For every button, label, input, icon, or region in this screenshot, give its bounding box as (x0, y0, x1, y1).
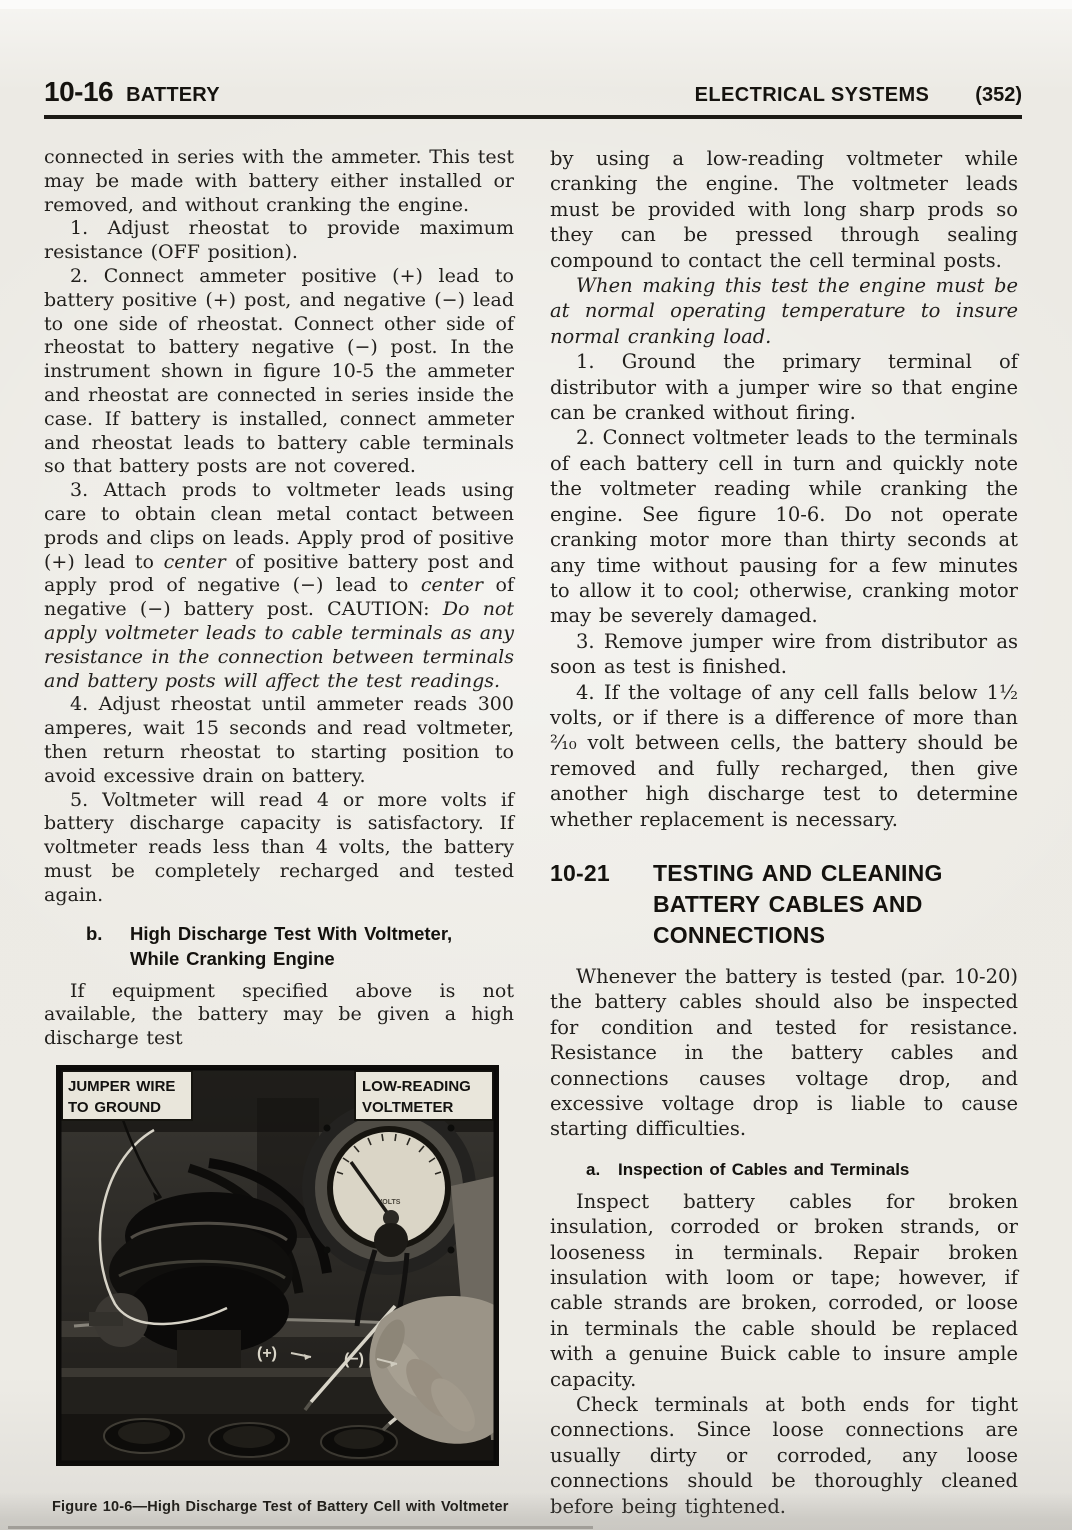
header-right: ELECTRICAL SYSTEMS (352) (695, 84, 1022, 107)
paragraph: 1. Adjust rheostat to provide maximum re… (44, 217, 514, 265)
text-run: 4. Adjust rheostat until ammeter reads 3… (44, 693, 514, 786)
text-run: center (421, 574, 483, 596)
paragraph: connected in series with the ammeter. Th… (44, 146, 514, 217)
text-run: center (164, 551, 226, 573)
sub-heading: b.High Discharge Test With Voltmeter,Whi… (86, 921, 514, 971)
section-number: 10-16 (44, 76, 113, 108)
section-heading: 10-21TESTING AND CLEANINGBATTERY CABLES … (550, 858, 1018, 951)
chapter-title: ELECTRICAL SYSTEMS (695, 84, 930, 107)
page-edge-bottom-line (8, 1526, 593, 1529)
left-column-text: connected in series with the ammeter. Th… (44, 146, 514, 1051)
right-column: by using a low-reading voltmeter while c… (550, 146, 1018, 1520)
jumper-wire-label: JUMPER WIRE TO GROUND (62, 1071, 192, 1120)
text-run: 2. Connect voltmeter leads to the termin… (550, 426, 1018, 627)
heading-text: Inspection of Cables and Terminals (618, 1159, 909, 1181)
heading-text: TESTING AND CLEANINGBATTERY CABLES ANDCO… (653, 858, 943, 951)
paragraph: 3. Attach prods to voltmeter leads using… (44, 479, 514, 693)
text-run: 5. Voltmeter will read 4 or more volts i… (44, 789, 514, 906)
text-run: 1. Adjust rheostat to provide maximum re… (44, 217, 514, 263)
jumper-label-line1: JUMPER WIRE (68, 1078, 175, 1095)
voltmeter-label-line1: LOW-READING (362, 1078, 471, 1095)
paragraph: 5. Voltmeter will read 4 or more volts i… (44, 789, 514, 908)
text-run: 3. Remove jumper wire from distributor a… (550, 630, 1018, 678)
text-run: 1. Ground the primary terminal of distri… (550, 350, 1018, 424)
text-run: 4. If the voltage of any cell falls belo… (550, 681, 1018, 831)
paragraph: 1. Ground the primary terminal of distri… (550, 349, 1018, 425)
paragraph: 4. Adjust rheostat until ammeter reads 3… (44, 693, 514, 788)
text-run: connected in series with the ammeter. Th… (44, 146, 514, 216)
paragraph: Inspect battery cables for broken insula… (550, 1189, 1018, 1392)
negative-label: (−) (344, 1351, 364, 1368)
text-run: 2. Connect ammeter positive (+) lead to … (44, 265, 514, 477)
paragraph: If equipment specified above is not avai… (44, 980, 514, 1051)
figure-10-6: VOLTS (56, 1065, 493, 1520)
heading-number: b. (86, 921, 130, 971)
sub-heading: a.Inspection of Cables and Terminals (586, 1159, 1018, 1181)
page-header: 10-16 BATTERY ELECTRICAL SYSTEMS (352) (44, 0, 1022, 108)
text-run: When making this test the engine must be… (550, 274, 1018, 348)
paragraph: 4. If the voltage of any cell falls belo… (550, 680, 1018, 832)
text-run: Whenever the battery is tested (par. 10-… (550, 965, 1018, 1140)
paragraph: 2. Connect voltmeter leads to the termin… (550, 425, 1018, 628)
paragraph: 3. Remove jumper wire from distributor a… (550, 629, 1018, 680)
positive-label: (+) (257, 1345, 277, 1362)
paragraph: by using a low-reading voltmeter while c… (550, 146, 1018, 273)
text-run: Inspect battery cables for broken insula… (550, 1190, 1018, 1391)
page-edge-bottom (0, 1492, 1072, 1530)
section-title: BATTERY (126, 84, 220, 107)
voltmeter-label-line2: VOLTMETER (362, 1099, 454, 1116)
paragraph: 2. Connect ammeter positive (+) lead to … (44, 265, 514, 479)
jumper-label-line2: TO GROUND (68, 1099, 161, 1116)
paragraph: When making this test the engine must be… (550, 273, 1018, 349)
text-columns: connected in series with the ammeter. Th… (44, 146, 1022, 1520)
heading-number: 10-21 (550, 858, 653, 951)
header-left: 10-16 BATTERY (44, 76, 220, 108)
heading-text: High Discharge Test With Voltmeter,While… (130, 921, 452, 971)
heading-number: a. (586, 1159, 618, 1181)
page-number: (352) (975, 84, 1022, 107)
voltmeter-label: LOW-READING VOLTMETER (355, 1071, 493, 1120)
text-run: by using a low-reading voltmeter while c… (550, 147, 1018, 272)
manual-page: 10-16 BATTERY ELECTRICAL SYSTEMS (352) c… (0, 0, 1072, 1530)
left-column: connected in series with the ammeter. Th… (44, 146, 514, 1520)
header-rule (44, 115, 1022, 119)
text-run: If equipment specified above is not avai… (44, 980, 514, 1050)
paragraph: Whenever the battery is tested (par. 10-… (550, 964, 1018, 1142)
right-column-text: by using a low-reading voltmeter while c… (550, 146, 1018, 1519)
figure-photo: VOLTS (56, 1065, 499, 1466)
